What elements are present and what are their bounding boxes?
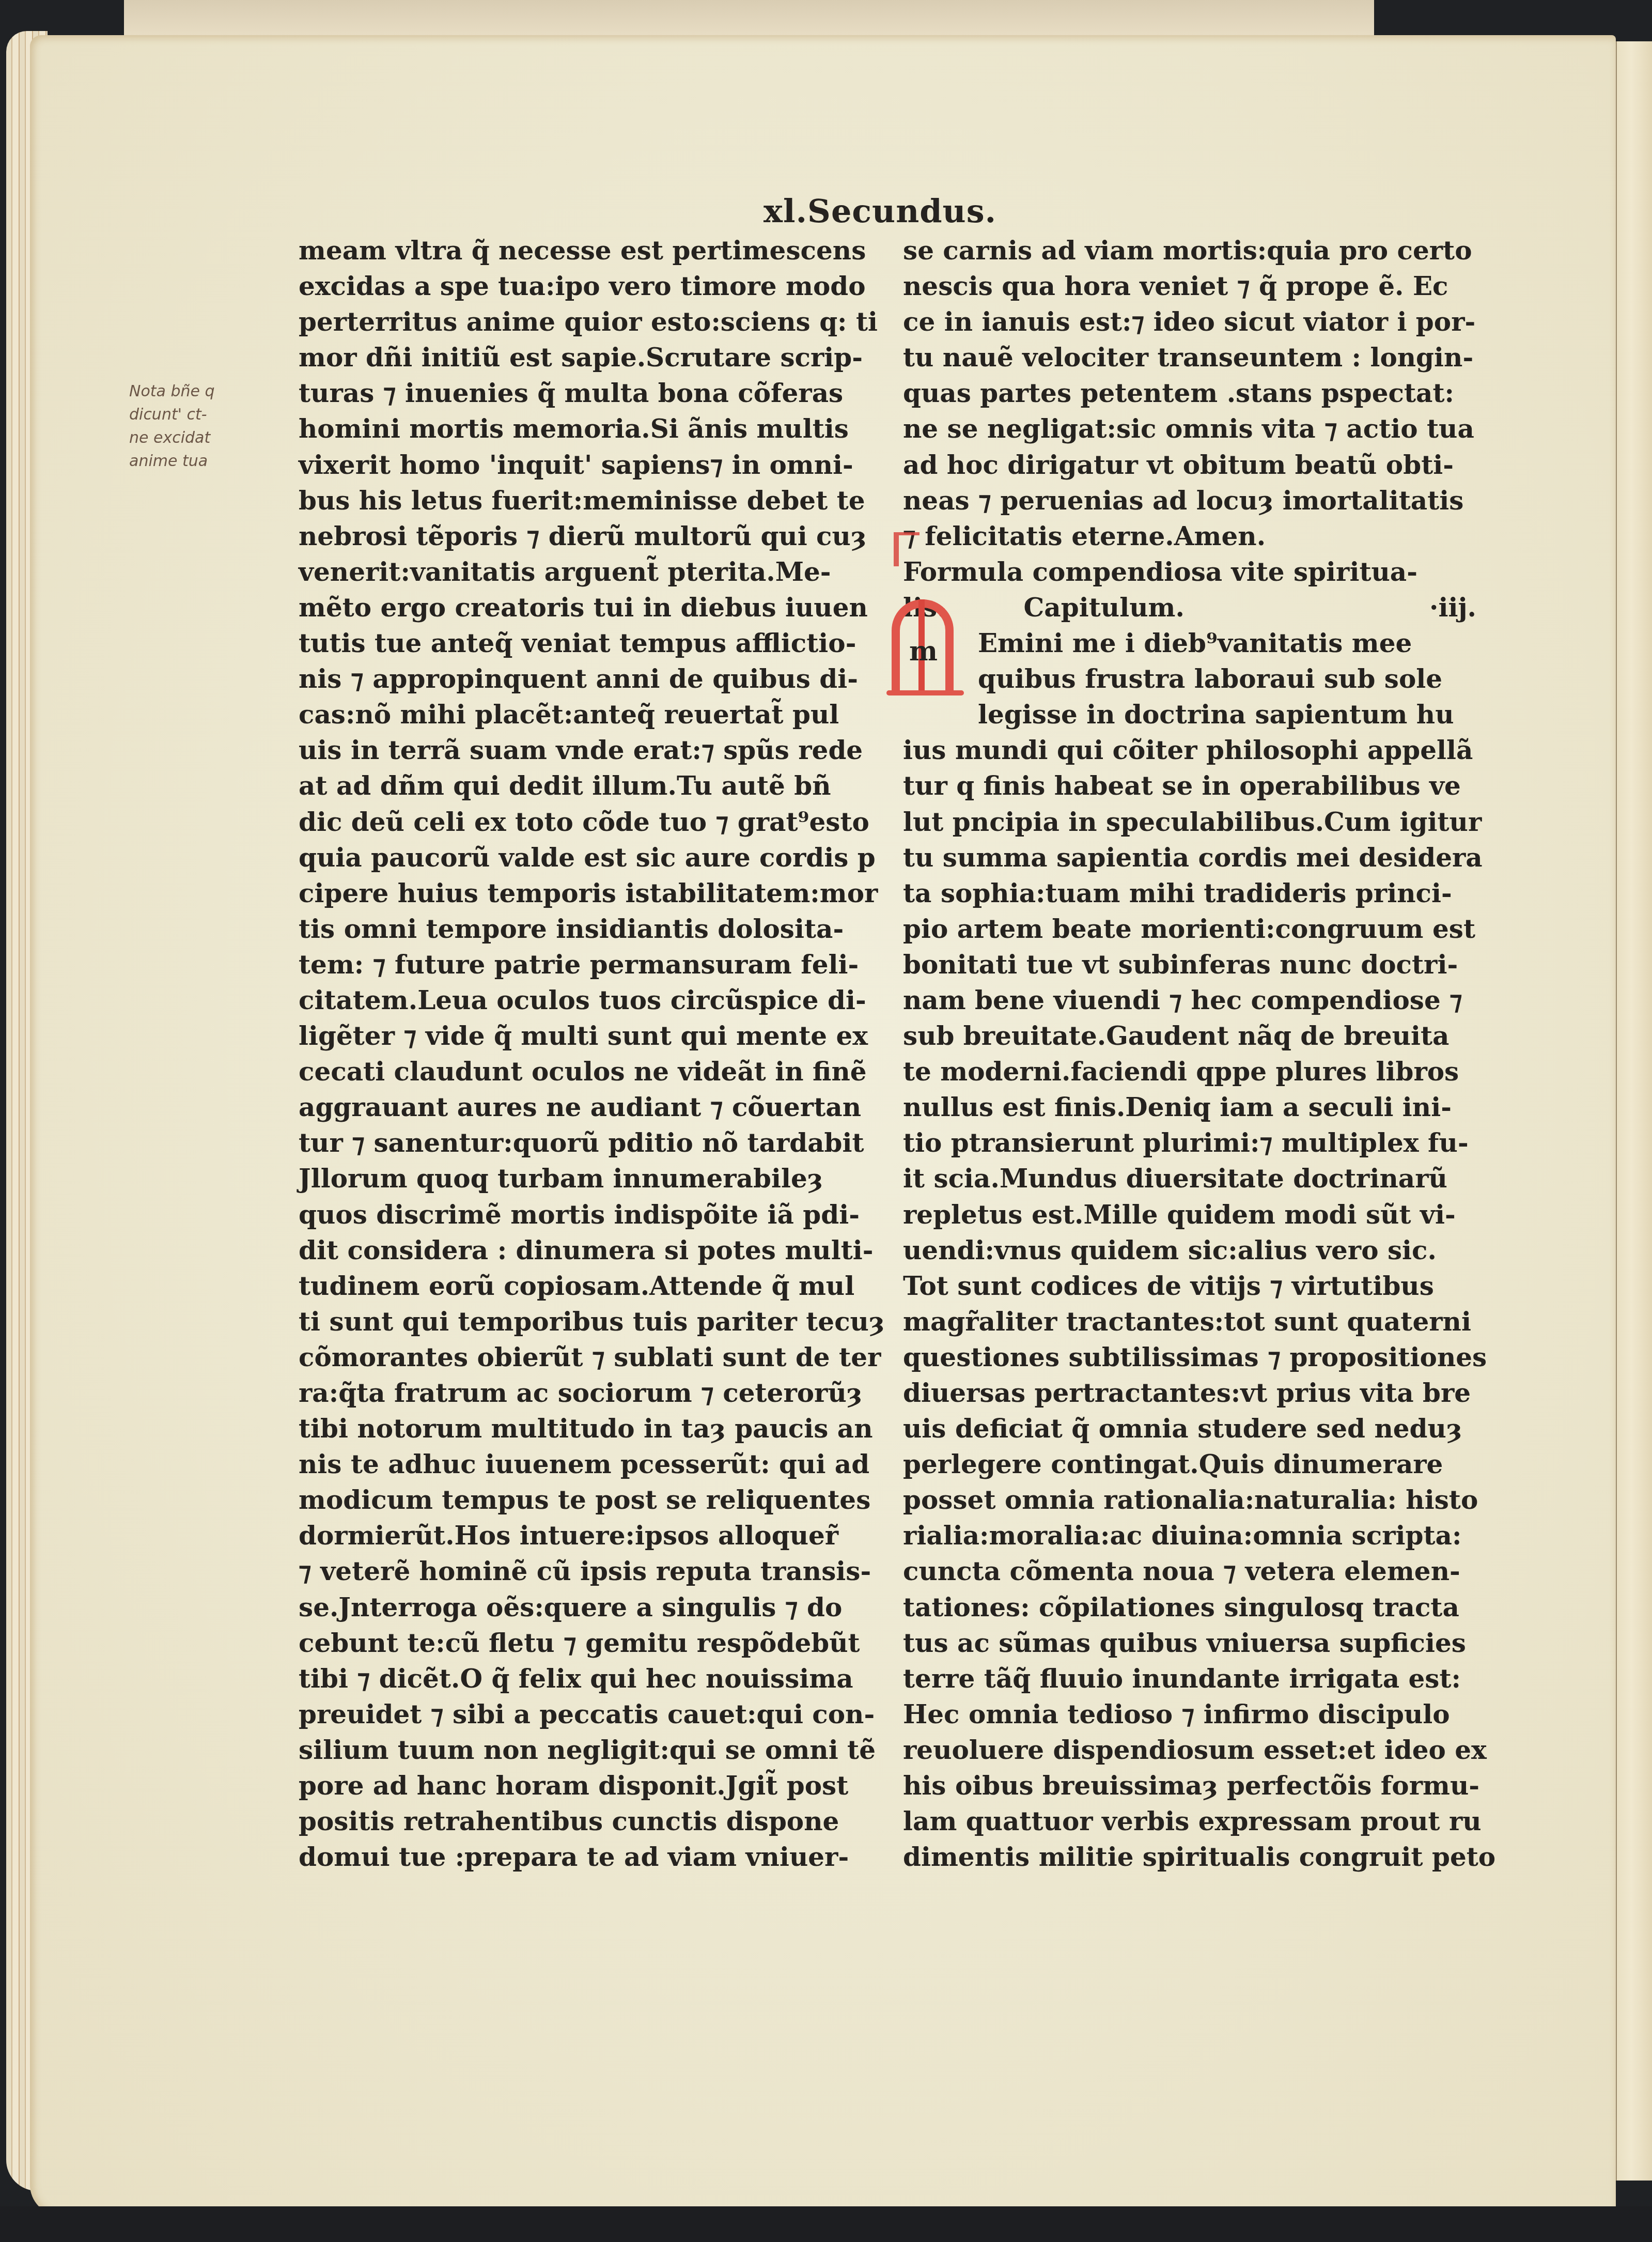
text-line: te moderni.faciendi qppe plures libros bbox=[903, 1054, 1497, 1089]
text-line: tu nauẽ velociter transeuntem : longin- bbox=[903, 339, 1497, 375]
text-line: cõmorantes obierũt ⁊ sublati sunt de ter bbox=[299, 1339, 882, 1375]
text-line: tibi ⁊ dicẽt.O q̃ felix qui hec nouissim… bbox=[299, 1661, 882, 1696]
text-line: dormierũt.Hos intuere:ipsos alloquer̃ bbox=[299, 1518, 882, 1553]
text-line: cipere huius temporis istabilitatem:mor bbox=[299, 875, 882, 911]
text-line: Hec omnia tedioso ⁊ infirmo discipulo bbox=[903, 1696, 1497, 1732]
text-line: dimentis militie spiritualis congruit pe… bbox=[903, 1839, 1497, 1875]
text-line: perlegere contingat.Quis dinumerare bbox=[903, 1446, 1497, 1482]
text-line: diuersas pertractantes:vt prius vita bre bbox=[903, 1375, 1497, 1411]
text-line: lam quattuor verbis expressam prout ru bbox=[903, 1803, 1497, 1839]
left-text-column: meam vltra q̃ necesse est pertimescensex… bbox=[299, 233, 882, 1875]
text-line: rialia:moralia:ac diuina:omnia scripta: bbox=[903, 1518, 1497, 1553]
marginal-line: dicunt' ct- bbox=[129, 403, 263, 426]
chapter-heading-label: lis.Capitulum. ·iij. bbox=[903, 590, 1497, 625]
text-line: tationes: cõpilationes singulosq̧ tracta bbox=[903, 1589, 1497, 1625]
text-line: terre tãq̃ fluuio inundante irrigata est… bbox=[903, 1661, 1497, 1696]
text-line: excidas a spe tua:ipo vero timore modo bbox=[299, 268, 882, 304]
text-line: quibus frustra laboraui sub sole bbox=[903, 661, 1497, 697]
text-line: tudinem eorũ copiosam.Attende q̃ mul bbox=[299, 1268, 882, 1304]
text-line: ligẽter ⁊ vide q̃ multi sunt qui mente e… bbox=[299, 1018, 882, 1054]
chapter-number: ·iij. bbox=[1429, 590, 1476, 625]
text-line: modicum tempus te post se reliquentes bbox=[299, 1482, 882, 1518]
text-line: posset omnia rationalia:naturalia: histo bbox=[903, 1482, 1497, 1518]
text-line: positis retrahentibus cunctis dispone bbox=[299, 1803, 882, 1839]
text-line: uendi:vnus quidem sic:alius vero sic. bbox=[903, 1232, 1497, 1268]
text-line: ne se negligat:sic omnis vita ⁊ actio tu… bbox=[903, 411, 1497, 446]
text-line: perterritus anime quior esto:sciens q: t… bbox=[299, 304, 882, 339]
text-line: ⁊ felicitatis eterne.Amen. bbox=[903, 518, 1497, 554]
text-line: uis deficiat q̃ omnia studere sed neduȝ bbox=[903, 1411, 1497, 1446]
chapter-label: Capitulum. bbox=[1024, 592, 1185, 623]
text-line: nis ⁊ appropinquent anni de quibus di- bbox=[299, 661, 882, 697]
text-line: nam bene viuendi ⁊ hec compendiose ⁊ bbox=[903, 982, 1497, 1018]
text-line: magr̃aliter tractantes:tot sunt quaterni bbox=[903, 1304, 1497, 1339]
text-line: cuncta cõmenta noua ⁊ vetera elemen- bbox=[903, 1553, 1497, 1589]
marginal-line: anime tua bbox=[129, 450, 263, 473]
text-line: dic deũ celi ex toto cõde tuo ⁊ grat⁹est… bbox=[299, 804, 882, 840]
chapter-heading-line: Formula compendiosa vite spiritua- bbox=[903, 554, 1497, 590]
text-line: bus his letus fuerit:meminisse debet te bbox=[299, 483, 882, 518]
text-line: his oibus breuissimaȝ perfectõis formu- bbox=[903, 1768, 1497, 1803]
text-line: se carnis ad viam mortis:quia pro certo bbox=[903, 233, 1497, 268]
text-line: mẽto ergo creatoris tui in diebus iuuen bbox=[299, 590, 882, 625]
text-line: ius mundi qui cõiter philosophi appellã bbox=[903, 732, 1497, 768]
text-line: venerit:vanitatis arguent̃ pterita.Me- bbox=[299, 554, 882, 590]
right-text-column: se carnis ad viam mortis:quia pro certon… bbox=[903, 233, 1497, 1875]
text-line: Emini me i dieb⁹vanitatis mee bbox=[903, 625, 1497, 661]
text-line: Jllorum quoq̧ turbam innumerabileȝ bbox=[299, 1161, 882, 1196]
text-line: vixerit homo 'inquit' sapiens⁊ in omni- bbox=[299, 447, 882, 483]
text-line: quas partes petentem .stans pspectat: bbox=[903, 375, 1497, 411]
text-line: sub breuitate.Gaudent nãq̧ de breuita bbox=[903, 1018, 1497, 1054]
text-line: repletus est.Mille quidem modi sũt vi- bbox=[903, 1197, 1497, 1232]
guide-letter: m bbox=[909, 636, 938, 667]
text-line: se.Jnterroga oẽs:quere a singulis ⁊ do bbox=[299, 1589, 882, 1625]
bottom-backdrop bbox=[0, 2206, 1652, 2242]
text-line: tu summa sapientia cordis mei desidera bbox=[903, 840, 1497, 875]
initial-base bbox=[886, 690, 964, 695]
text-line: pio artem beate morienti:congruum est bbox=[903, 911, 1497, 947]
text-line: tio ptransierunt plurimi:⁊ multiplex fu- bbox=[903, 1125, 1497, 1161]
text-line: tutis tue anteq̃ veniat tempus afflictio… bbox=[299, 625, 882, 661]
text-line: nescis qua hora veniet ⁊ q̃ prope ẽ. Ec bbox=[903, 268, 1497, 304]
text-line: silium tuum non negligit:qui se omni tẽ bbox=[299, 1732, 882, 1768]
text-line: ti sunt qui temporibus tuis pariter tecu… bbox=[299, 1304, 882, 1339]
text-line: preuidet ⁊ sibi a peccatis cauet:qui con… bbox=[299, 1696, 882, 1732]
text-line: ce in ianuis est:⁊ ideo sicut viator i p… bbox=[903, 304, 1497, 339]
text-line: tur q finis habeat se in operabilibus ve bbox=[903, 768, 1497, 803]
text-line: at ad dñm qui dedit illum.Tu autẽ bñ bbox=[299, 768, 882, 803]
marginal-line: ne excidat bbox=[129, 426, 263, 450]
text-line: reuoluere dispendiosum esset:et ideo ex bbox=[903, 1732, 1497, 1768]
text-line: turas ⁊ inuenies q̃ multa bona cõferas bbox=[299, 375, 882, 411]
text-line: neas ⁊ peruenias ad locuȝ imortalitatis bbox=[903, 483, 1497, 518]
text-line: ad hoc dirigatur vt obitum beatũ obti- bbox=[903, 447, 1497, 483]
text-line: it scia.Mundus diuersitate doctrinarũ bbox=[903, 1161, 1497, 1196]
text-line: Tot sunt codices de vitijs ⁊ virtutibus bbox=[903, 1268, 1497, 1304]
text-line: legisse in doctrina sapientum hu bbox=[903, 697, 1497, 732]
text-line: aggrauant aures ne audiant ⁊ cõuertan bbox=[299, 1089, 882, 1125]
text-line: tem: ⁊ future patrie permansuram feli- bbox=[299, 947, 882, 982]
text-line: nullus est finis.Deniq̧ iam a seculi ini… bbox=[903, 1089, 1497, 1125]
text-line: questiones subtilissimas ⁊ propositiones bbox=[903, 1339, 1497, 1375]
text-line: quos discrimẽ mortis indispõite iã pdi- bbox=[299, 1197, 882, 1232]
text-line: quia paucorũ valde est sic aure cordis p bbox=[299, 840, 882, 875]
text-line: uis in terrã suam vnde erat:⁊ spũs rede bbox=[299, 732, 882, 768]
text-line: citatem.Leua oculos tuos circũspice di- bbox=[299, 982, 882, 1018]
text-line: domui tue :prepara te ad viam vniuer- bbox=[299, 1839, 882, 1875]
text-line: lut pncipia in speculabilibus.Cum igitur bbox=[903, 804, 1497, 840]
running-head: xl.Secundus. bbox=[763, 192, 996, 230]
marginal-line: Nota bñe q bbox=[129, 380, 263, 403]
text-line: mor dñi initiũ est sapie.Scrutare scrip- bbox=[299, 339, 882, 375]
facing-page-edge bbox=[1616, 41, 1652, 2181]
text-line: nebrosi tẽporis ⁊ dierũ multorũ qui cuȝ bbox=[299, 518, 882, 554]
marginal-annotation: Nota bñe q dicunt' ct- ne excidat anime … bbox=[129, 380, 263, 473]
text-line: homini mortis memoria.Si ãnis multis bbox=[299, 411, 882, 446]
text-line: tis omni tempore insidiantis dolosita- bbox=[299, 911, 882, 947]
red-initial-M: m bbox=[892, 599, 969, 703]
text-line: dit considera : dinumera si potes multi- bbox=[299, 1232, 882, 1268]
text-line: meam vltra q̃ necesse est pertimescens bbox=[299, 233, 882, 268]
text-line: pore ad hanc horam disponit.Jgit̃ post bbox=[299, 1768, 882, 1803]
text-line: ta sophia:tuam mihi tradideris princi- bbox=[903, 875, 1497, 911]
rubric-paragraph-mark bbox=[894, 532, 919, 566]
text-line: tus ac sũmas quibus vniuersa supficies bbox=[903, 1625, 1497, 1661]
text-line: tur ⁊ sanentur:quorũ pditio nõ tardabit bbox=[299, 1125, 882, 1161]
text-line: tibi notorum multitudo in taȝ paucis an bbox=[299, 1411, 882, 1446]
text-line: cas:nõ mihi placẽt:anteq̃ reuertat̃ pul bbox=[299, 697, 882, 732]
text-line: cebunt te:cũ fletu ⁊ gemitu respõdebũt bbox=[299, 1625, 882, 1661]
text-line: ra:q̃ta fratrum ac sociorum ⁊ ceterorũȝ bbox=[299, 1375, 882, 1411]
text-line: cecati claudunt oculos ne videãt in finẽ bbox=[299, 1054, 882, 1089]
text-line: ⁊ veterẽ hominẽ cũ ipsis reputa transis- bbox=[299, 1553, 882, 1589]
text-line: nis te adhuc iuuenem pcesserũt: qui ad bbox=[299, 1446, 882, 1482]
text-line: bonitati tue vt subinferas nunc doctri- bbox=[903, 947, 1497, 982]
